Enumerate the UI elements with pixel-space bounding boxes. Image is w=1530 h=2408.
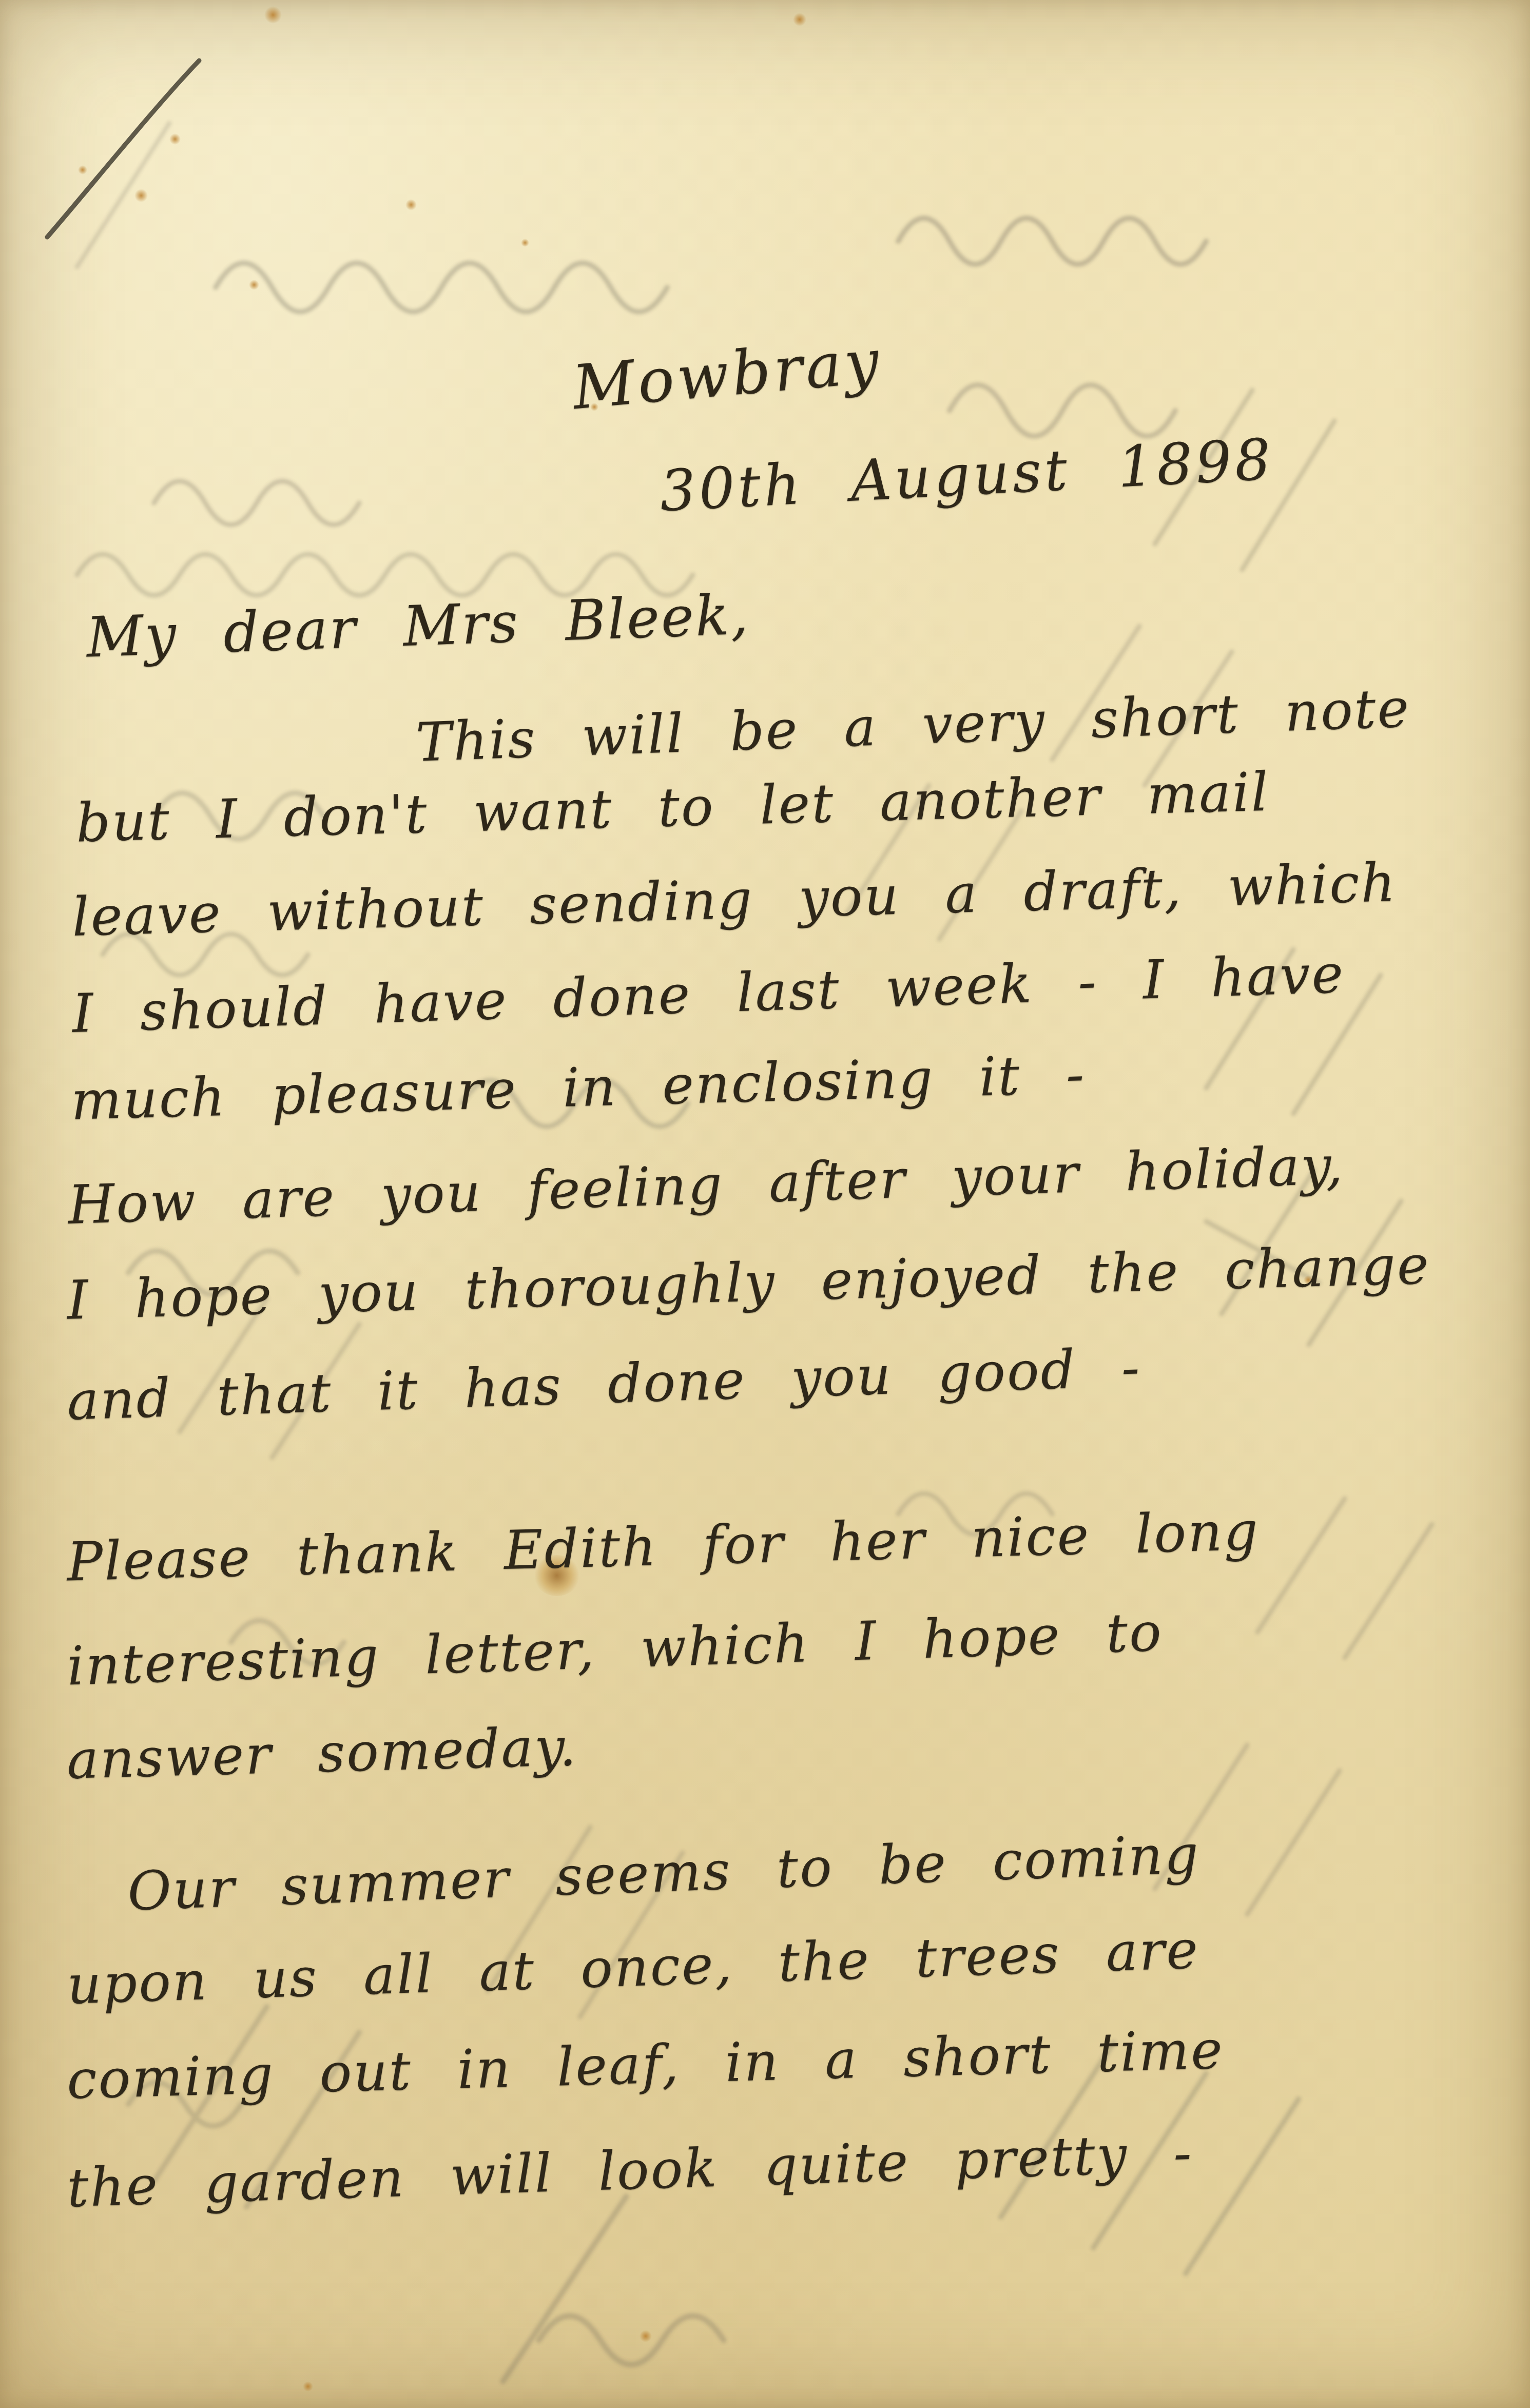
pen-slash-mark <box>0 0 1530 2408</box>
letter-page: Mowbray 30th August 1898 My dear Mrs Ble… <box>0 0 1530 2408</box>
